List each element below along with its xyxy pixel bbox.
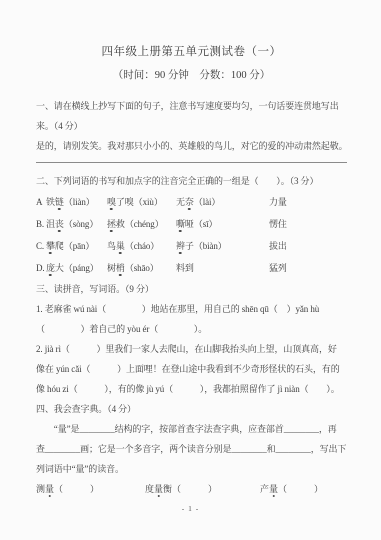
test-paper-page: 四年级上册第五单元测试卷（一） （时间：90 分钟 分数：100 分） 一、请在… bbox=[0, 0, 381, 540]
word-with-blank: 测量（ ） bbox=[36, 479, 145, 499]
handwriting-blank-line bbox=[36, 162, 347, 163]
time-score-subtitle: （时间：90 分钟 分数：100 分） bbox=[36, 68, 347, 84]
page-title: 四年级上册第五单元测试卷（一） bbox=[36, 44, 347, 60]
word-with-pinyin: 庞大（páng） bbox=[46, 257, 107, 279]
option-row-d: D. 庞大（páng） 树梢（shāo） 料到 猛列 bbox=[36, 257, 347, 279]
section4-para-line-2: 查________画；它是一个多音字，两个读音分别是________和_____… bbox=[36, 439, 347, 459]
section1-heading-line2: 来。（4 分） bbox=[36, 116, 347, 136]
pronunciation-words-row: 测量（ ） 度量衡（ ） 产量（ ） bbox=[36, 479, 347, 499]
word-with-pinyin: 树梢（shāo） bbox=[107, 257, 176, 279]
word-plain: 拔出 bbox=[269, 235, 347, 257]
word-plain: 料到 bbox=[176, 257, 269, 279]
word-with-pinyin: 嘶哑（sī） bbox=[176, 213, 269, 235]
section3-line-3: 2. jià rì（ ）里我们一家人去爬山，在山脚我抬头向上望，山顶真高，好 bbox=[36, 339, 347, 359]
word-plain: 力量 bbox=[269, 191, 347, 213]
word-with-pinyin: 沮丧（sòng） bbox=[46, 213, 107, 235]
section3-line-2: （ ）着自己的 yòu ér（ ）。 bbox=[36, 319, 347, 339]
section1-heading-line1: 一、请在横线上抄写下面的句子，注意书写速度要均匀，一句话要连贯地写出 bbox=[36, 96, 347, 116]
word-plain: 猛列 bbox=[269, 257, 347, 279]
section3-line-5: 像 hóu zi（ ），有的像 jù yú（ ），我都拍照留作了 jì niàn… bbox=[36, 379, 347, 399]
section3-line-4: 像在 yún cǎi（ ）上面哩！在登山途中我看到不少奇形怪状的石头，有的 bbox=[36, 359, 347, 379]
word-with-pinyin: 拯救（chéng） bbox=[107, 213, 176, 235]
word-with-pinyin: 嗅了嗅（xiù） bbox=[107, 191, 176, 213]
option-label: C. bbox=[36, 235, 46, 257]
word-with-pinyin: 辫子（biàn） bbox=[176, 235, 269, 257]
section3-line-1: 1. 老麻雀 wú nài（ ）地站在那里，用自己的 shēn qū（ ）yǎn… bbox=[36, 299, 347, 319]
option-row-a: A 铁链（liàn） 嗅了嗅（xiù） 无奈（lài） 力量 bbox=[36, 191, 347, 213]
word-with-blank: 度量衡（ ） bbox=[145, 479, 260, 499]
section2-heading: 二、下列词语的书写和加点字的注音完全正确的一组是（ ）。（3 分） bbox=[36, 171, 347, 191]
word-with-pinyin: 无奈（lài） bbox=[176, 191, 269, 213]
option-row-b: B. 沮丧（sòng） 拯救（chéng） 嘶哑（sī） 愣住 bbox=[36, 213, 347, 235]
option-label: A bbox=[36, 191, 46, 213]
section4-para-line-3: 列词语中“量”的读音。 bbox=[36, 459, 347, 479]
section4-para-line-1: “量”是________结构的字，按部首查字法查字典，应查部首________，… bbox=[36, 419, 347, 439]
word-with-blank: 产量（ ） bbox=[260, 479, 347, 499]
section3-heading: 三、读拼音，写词语。（9 分） bbox=[36, 279, 347, 299]
paper-content: 四年级上册第五单元测试卷（一） （时间：90 分钟 分数：100 分） 一、请在… bbox=[0, 0, 381, 499]
word-with-pinyin: 铁链（liàn） bbox=[46, 191, 107, 213]
page-number: - 1 - bbox=[0, 504, 381, 513]
word-with-pinyin: 鸟巢（cháo） bbox=[107, 235, 176, 257]
section4-heading: 四、我会查字典。（4 分） bbox=[36, 399, 347, 419]
word-with-pinyin: 攀爬（pān） bbox=[46, 235, 107, 257]
option-label: B. bbox=[36, 213, 46, 235]
section1-copy-sentence: 是的，请别发笑。我对那只小小的、英雄般的鸟儿，对它的爱的冲动肃然起敬。 bbox=[36, 136, 347, 156]
option-row-c: C. 攀爬（pān） 鸟巢（cháo） 辫子（biàn） 拔出 bbox=[36, 235, 347, 257]
option-label: D. bbox=[36, 257, 46, 279]
word-plain: 愣住 bbox=[269, 213, 347, 235]
